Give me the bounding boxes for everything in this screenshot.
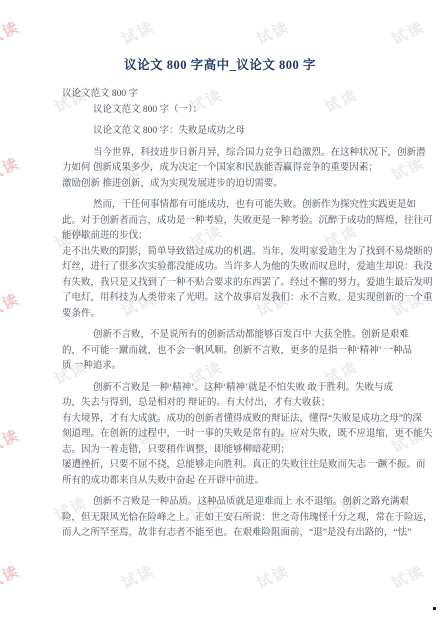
text-line: 志。因为一着走错，只要稍作调整，即能够柳暗花明； bbox=[62, 443, 428, 459]
paragraph: 创新不言败是一种‘精神’。这种‘精神’就是不怕失败 敢于胜利。失败与成功，失去与… bbox=[62, 381, 428, 490]
text-line: 刻道理。在创新的过程中，一时一事的失败是常有的。应对失败，既不应退缩，更不能失 bbox=[62, 427, 428, 443]
text-line: 有大境界，才有大成就。成功的创新者懂得成败的辩证法，懂得“失败是成功之母”的深 bbox=[62, 412, 428, 428]
trial-read-watermark: 试读 bbox=[0, 560, 23, 593]
text-line: 议论文范文 800 字：失败是成功之母 bbox=[62, 124, 428, 140]
paragraph: 当今世界，科技进步日新月异，综合国力竞争日趋激烈。在这种状况下，创新潜力如何 创… bbox=[62, 146, 428, 193]
trial-read-watermark: 试读 bbox=[253, 560, 293, 593]
paragraph: 然而，干任何事情都有可能成功，也有可能失败。创新作为探究性实践更是如此。对于创新… bbox=[62, 198, 428, 322]
text-line: 当今世界，科技进步日新月异，综合国力竞争日趋激烈。在这种状况下，创新潜 bbox=[62, 146, 428, 162]
text-line: 议论文范文 800 字 bbox=[62, 87, 428, 103]
paragraph: 议论文范文 800 字：失败是成功之母 bbox=[62, 124, 428, 140]
document-title: 议论文 800 字高中_议论文 800 字 bbox=[0, 0, 440, 73]
text-line: 力如何 创新成果多少，成为决定一个国家和民族能否赢得竞争的重要因素； bbox=[62, 161, 428, 177]
document-body: 议论文范文 800 字议论文范文 800 字（一）：议论文范文 800 字：失败… bbox=[62, 87, 428, 542]
text-line: 险，但无限风光恰在险峰之上。正如王安石所说：世之奇伟瑰怪十分之观，常在于险远， bbox=[62, 511, 428, 527]
paragraph: 创新不言败是一种品质。这种品质就是迎难而上 永不退缩。创新之路充满艰险，但无限风… bbox=[62, 495, 428, 542]
paragraph: 议论文范文 800 字议论文范文 800 字（一）： bbox=[62, 87, 428, 118]
text-line: 能停歇前进的步伐； bbox=[62, 229, 428, 245]
text-line: 走不出失败的阴影，简单导致错过成功的机遇。当年，发明家爱迪生为了找到不易烧断的 bbox=[62, 245, 428, 261]
text-line: 所有的成功都来自从失败中奋起 在开辟中前进。 bbox=[62, 474, 428, 490]
text-line: 了电灯，用科技为人类带来了光明。这个故事启发我们：永不言败，是实现创新的一个重 bbox=[62, 291, 428, 307]
text-line: 此。对于创新者而言，成功是一种考验，失败更是一种考验。沉醉于成功的辉煌，往往可 bbox=[62, 214, 428, 230]
text-line: 要条件。 bbox=[62, 307, 428, 323]
text-line: 的，不可能一蹴而就，也不会一帆风顺。创新不言败，更多的是指一种‘精神’ 一种品 bbox=[62, 344, 428, 360]
document: 议论文 800 字高中_议论文 800 字 议论文范文 800 字议论文范文 8… bbox=[0, 0, 440, 542]
trial-read-watermark: 试读 bbox=[118, 560, 158, 593]
text-line: 议论文范文 800 字（一）： bbox=[62, 103, 428, 119]
scan-artifact-dot bbox=[433, 607, 436, 610]
text-line: 屡遭挫折，只要不屈不挠，总能够走向胜利。真正的失败往往是败而失志 一蹶不振。而 bbox=[62, 458, 428, 474]
text-line: 创新不言败是一种品质。这种品质就是迎难而上 永不退缩。创新之路充满艰 bbox=[62, 495, 428, 511]
text-line: 而人之所罕至焉，故非有志者不能至也。在艰难险阻面前，“退”是没有出路的，“怯” bbox=[62, 526, 428, 542]
page: 试读试读试读试读试读试读试读试读试读试读试读试读试读试读试读试读试读试读试读试读… bbox=[0, 0, 440, 620]
text-line: 创新不言败是一种‘精神’。这种‘精神’就是不怕失败 敢于胜利。失败与成 bbox=[62, 381, 428, 397]
text-line: 创新不言败，不是说所有的创新活动都能够百发百中 大获全胜。创新是艰难 bbox=[62, 328, 428, 344]
text-line: 功，失去与得到，总是相对的 辩证的。有大付出，才有大收获； bbox=[62, 396, 428, 412]
paragraph: 创新不言败，不是说所有的创新活动都能够百发百中 大获全胜。创新是艰难的，不可能一… bbox=[62, 328, 428, 375]
text-line: 然而，干任何事情都有可能成功，也有可能失败。创新作为探究性实践更是如 bbox=[62, 198, 428, 214]
text-line: 质 一种追求。 bbox=[62, 359, 428, 375]
text-line: 灯丝，进行了很多次实验都没能成功。当许多人为他的失败而叹息时，爱迪生却说：我没 bbox=[62, 260, 428, 276]
text-line: 有失败，我只是又找到了一种不贴合要求的东西罢了。经过不懈的努力，爱迪生最后发明 bbox=[62, 276, 428, 292]
text-line: 激励创新 推进创新，成为实现发展进步的迫切需要。 bbox=[62, 177, 428, 193]
trial-read-watermark: 试读 bbox=[388, 560, 428, 593]
